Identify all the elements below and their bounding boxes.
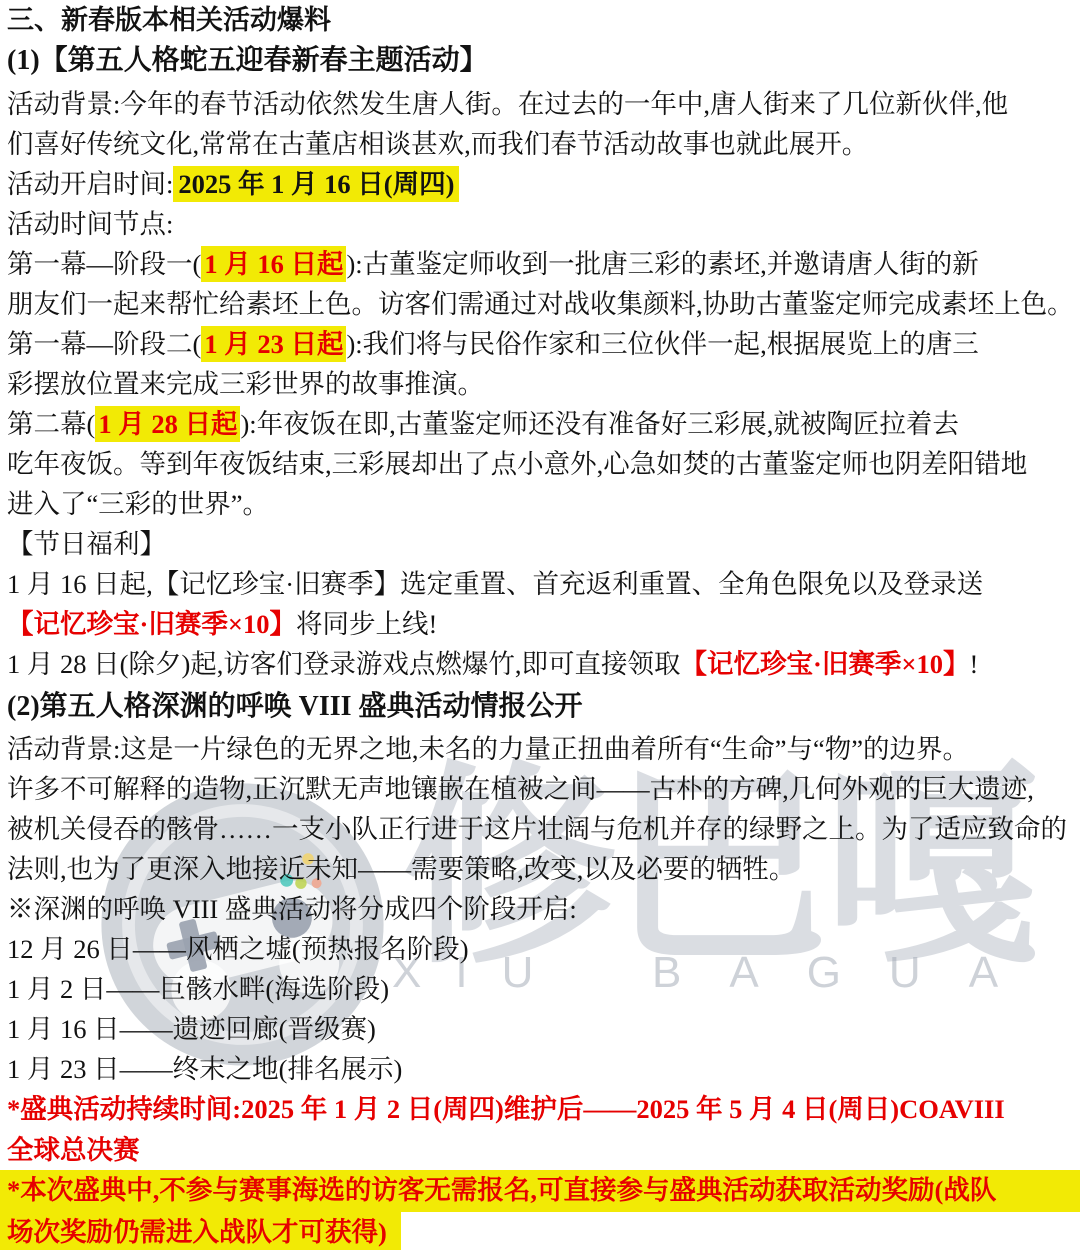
text-segment: (1)【第五人格蛇五迎春新春主题活动】 xyxy=(7,45,488,76)
phase-1-line: 第一幕—阶段一(1 月 16 日起):古董鉴定师收到一批唐三彩的素坯,并邀请唐人… xyxy=(7,244,1078,284)
section-title: 三、新春版本相关活动爆料 xyxy=(7,2,1078,38)
stage-line: 1 月 2 日——巨骸水畔(海选阶段) xyxy=(7,969,1078,1009)
reward-name-red: 【记忆珍宝·旧赛季×10】 xyxy=(681,649,970,679)
text-line: 活动背景:这是一片绿色的无界之地,未名的力量正扭曲着所有“生命”与“物”的边界。 xyxy=(7,729,1078,769)
text-line: 们喜好传统文化,常常在古董店相谈甚欢,而我们春节活动故事也就此展开。 xyxy=(7,124,1078,164)
stage-line: 1 月 16 日——遗迹回廊(晋级赛) xyxy=(7,1009,1078,1049)
start-time-line: 活动开启时间:2025 年 1 月 16 日(周四) xyxy=(7,164,1078,204)
announcement-content: 三、新春版本相关活动爆料 (1)【第五人格蛇五迎春新春主题活动】 活动背景:今年… xyxy=(0,0,1080,1250)
text-line: 朋友们一起来帮忙给素坯上色。访客们需通过对战收集颜料,协助古董鉴定师完成素坯上色… xyxy=(7,284,1078,324)
text-line: 1 月 16 日起,【记忆珍宝·旧赛季】选定重置、首充返利重置、全角色限免以及登… xyxy=(7,564,1078,604)
text-segment: 朋友们一起来帮忙给素坯上色。访客们需通过对战收集颜料,协助古董鉴定师完成素坯上色… xyxy=(7,289,1074,319)
text-segment: ※深渊的呼唤 VIII 盛典活动将分成四个阶段开启: xyxy=(7,894,577,924)
highlighted-date: 1 月 16 日起 xyxy=(201,246,346,282)
text-segment: 活动开启时间: xyxy=(7,169,173,199)
text-segment: ):我们将与民俗作家和三位伙伴一起,根据展览上的唐三 xyxy=(346,329,978,359)
text-segment: 将同步上线! xyxy=(296,609,437,639)
text-segment: 12 月 26 日——风栖之墟(预热报名阶段) xyxy=(7,934,469,964)
stage-line: 12 月 26 日——风栖之墟(预热报名阶段) xyxy=(7,929,1078,969)
text-segment: 1 月 2 日——巨骸水畔(海选阶段) xyxy=(7,974,389,1004)
highlighted-date: 2025 年 1 月 16 日(周四) xyxy=(173,166,459,202)
act-2-line: 第二幕(1 月 28 日起):年夜饭在即,古董鉴定师还没有准备好三彩展,就被陶匠… xyxy=(7,404,1078,444)
stage-line: 1 月 23 日——终末之地(排名展示) xyxy=(7,1049,1078,1089)
highlighted-date: 1 月 28 日起 xyxy=(95,406,240,442)
text-line: 许多不可解释的造物,正沉默无声地镶嵌在植被之间——古朴的方碑,几何外观的巨大遗迹… xyxy=(7,769,1078,809)
activity-1-heading: (1)【第五人格蛇五迎春新春主题活动】 xyxy=(7,38,1078,84)
text-segment: 第一幕—阶段一( xyxy=(7,249,201,279)
text-segment: 许多不可解释的造物,正沉默无声地镶嵌在植被之间——古朴的方碑,几何外观的巨大遗迹… xyxy=(7,774,1034,804)
phase-2-line: 第一幕—阶段二(1 月 23 日起):我们将与民俗作家和三位伙伴一起,根据展览上… xyxy=(7,324,1078,364)
text-segment: 活动背景:今年的春节活动依然发生唐人街。在过去的一年中,唐人街来了几位新伙伴,他 xyxy=(7,89,1008,119)
text-segment: *盛典活动持续时间:2025 年 1 月 2 日(周四)维护后——2025 年 … xyxy=(7,1094,1005,1124)
text-segment: 1 月 16 日——遗迹回廊(晋级赛) xyxy=(7,1014,376,1044)
text-line: 活动时间节点: xyxy=(7,204,1078,244)
text-segment: 第二幕( xyxy=(7,409,95,439)
text-segment: 法则,也为了更深入地接近未知——需要策略,改变,以及必要的牺牲。 xyxy=(7,854,795,884)
duration-note-line: 全球总决赛 xyxy=(7,1130,1078,1171)
text-segment: 被机关侵吞的骸骨……一支小队正行进于这片壮阔与危机并存的绿野之上。为了适应致命的 xyxy=(7,814,1067,844)
text-line: 1 月 28 日(除夕)起,访客们登录游戏点燃爆竹,即可直接领取【记忆珍宝·旧赛… xyxy=(7,644,1078,684)
activity-2-heading: (2)第五人格深渊的呼唤 VIII 盛典活动情报公开 xyxy=(7,684,1078,729)
text-line: 彩摆放位置来完成三彩世界的故事推演。 xyxy=(7,364,1078,404)
text-segment: ! xyxy=(969,649,978,679)
text-segment: 们喜好传统文化,常常在古董店相谈甚欢,而我们春节活动故事也就此展开。 xyxy=(7,129,868,159)
highlighted-note-line: 场次奖励仍需进入战队才可获得) xyxy=(0,1212,401,1250)
text-segment: 场次奖励仍需进入战队才可获得) xyxy=(7,1217,387,1247)
text-line: 【记忆珍宝·旧赛季×10】将同步上线! xyxy=(7,604,1078,644)
stages-intro-line: ※深渊的呼唤 VIII 盛典活动将分成四个阶段开启: xyxy=(7,889,1078,929)
text-segment: 【节日福利】 xyxy=(7,529,166,559)
text-segment: 活动背景:这是一片绿色的无界之地,未名的力量正扭曲着所有“生命”与“物”的边界。 xyxy=(7,734,969,764)
text-segment: 三、新春版本相关活动爆料 xyxy=(7,5,331,35)
text-segment: ):古董鉴定师收到一批唐三彩的素坯,并邀请唐人街的新 xyxy=(346,249,978,279)
document-page: 修巴嘎 XIU BAGUA 三、新春版本相关活动爆料 (1)【第五人格蛇五迎春新… xyxy=(0,0,1080,1250)
text-line: 法则,也为了更深入地接近未知——需要策略,改变,以及必要的牺牲。 xyxy=(7,849,1078,889)
text-segment: 1 月 16 日起,【记忆珍宝·旧赛季】选定重置、首充返利重置、全角色限免以及登… xyxy=(7,569,983,599)
text-segment: 1 月 23 日——终末之地(排名展示) xyxy=(7,1054,402,1084)
text-segment: *本次盛典中,不参与赛事海选的访客无需报名,可直接参与盛典活动获取活动奖励(战队 xyxy=(7,1175,996,1205)
text-segment: 第一幕—阶段二( xyxy=(7,329,201,359)
text-segment: 彩摆放位置来完成三彩世界的故事推演。 xyxy=(7,369,484,399)
text-segment: ):年夜饭在即,古董鉴定师还没有准备好三彩展,就被陶匠拉着去 xyxy=(240,409,958,439)
text-segment: 全球总决赛 xyxy=(7,1135,140,1165)
text-segment: 进入了“三彩的世界”。 xyxy=(7,489,269,519)
text-line: 活动背景:今年的春节活动依然发生唐人街。在过去的一年中,唐人街来了几位新伙伴,他 xyxy=(7,84,1078,124)
text-line: 被机关侵吞的骸骨……一支小队正行进于这片壮阔与危机并存的绿野之上。为了适应致命的 xyxy=(7,809,1078,849)
text-segment: 活动时间节点: xyxy=(7,209,173,239)
highlighted-date: 1 月 23 日起 xyxy=(201,326,346,362)
text-line: 进入了“三彩的世界”。 xyxy=(7,484,1078,524)
text-segment: (2)第五人格深渊的呼唤 VIII 盛典活动情报公开 xyxy=(7,691,583,722)
duration-note-line: *盛典活动持续时间:2025 年 1 月 2 日(周四)维护后——2025 年 … xyxy=(7,1089,1078,1130)
reward-name-red: 【记忆珍宝·旧赛季×10】 xyxy=(7,609,296,639)
text-segment: 吃年夜饭。等到年夜饭结束,三彩展却出了点小意外,心急如焚的古董鉴定师也阴差阳错地 xyxy=(7,449,1027,479)
benefits-heading: 【节日福利】 xyxy=(7,524,1078,564)
highlighted-note-line: *本次盛典中,不参与赛事海选的访客无需报名,可直接参与盛典活动获取活动奖励(战队 xyxy=(0,1170,1080,1212)
text-segment: 1 月 28 日(除夕)起,访客们登录游戏点燃爆竹,即可直接领取 xyxy=(7,649,681,679)
text-line: 吃年夜饭。等到年夜饭结束,三彩展却出了点小意外,心急如焚的古董鉴定师也阴差阳错地 xyxy=(7,444,1078,484)
